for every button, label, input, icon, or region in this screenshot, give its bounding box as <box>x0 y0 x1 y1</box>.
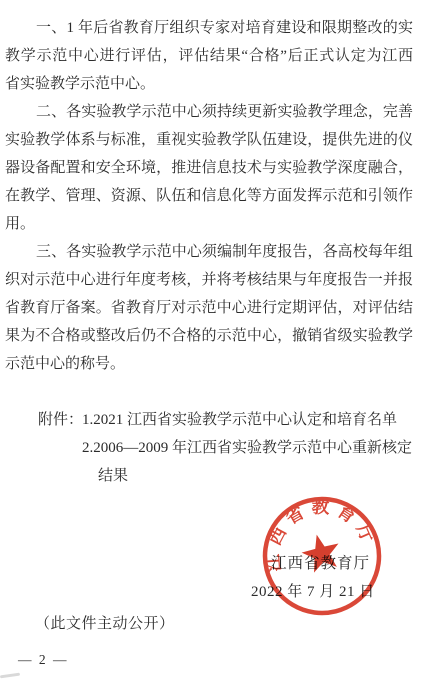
document-page: 一、1 年后省教育厅组织专家对培育建设和限期整改的实验 教学示范中心进行评估，评… <box>0 0 443 681</box>
paragraph-3: 三、各实验教学示范中心须编制年度报告，各高校每年组 织对示范中心进行年度考核，并… <box>5 238 413 378</box>
official-seal: 江西省教育厅 <box>242 476 402 636</box>
attachment-row: 2.2006—2009 年江西省实验教学示范中心重新核定 <box>38 434 428 462</box>
body-line: 用。 <box>5 210 413 238</box>
attachment-item: 2.2006—2009 年江西省实验教学示范中心重新核定 <box>82 440 412 456</box>
page-number: — 2 — <box>18 652 69 668</box>
body-line: 二、各实验教学示范中心须持续更新实验教学理念，完善 <box>5 98 413 126</box>
body-line: 省教育厅备案。省教育厅对示范中心进行定期评估，对评估结 <box>5 294 413 322</box>
body-line: 示范中心的称号。 <box>5 350 413 378</box>
attachment-label: 附件： <box>38 406 82 434</box>
body-line: 织对示范中心进行年度考核，并将考核结果与年度报告一并报 <box>5 266 413 294</box>
body-line: 教学示范中心进行评估，评估结果“合格”后正式认定为江西 <box>5 42 413 70</box>
document-body: 一、1 年后省教育厅组织专家对培育建设和限期整改的实验 教学示范中心进行评估，评… <box>5 14 413 378</box>
paragraph-2: 二、各实验教学示范中心须持续更新实验教学理念，完善 实验教学体系与标准，重视实验… <box>5 98 413 238</box>
attachment-item: 结果 <box>98 468 128 484</box>
paragraph-1: 一、1 年后省教育厅组织专家对培育建设和限期整改的实验 教学示范中心进行评估，评… <box>5 14 413 98</box>
body-line: 器设备配置和安全环境，推进信息技术与实验教学深度融合， <box>5 154 413 182</box>
attachment-item: 1.2021 江西省实验教学示范中心认定和培育名单 <box>82 412 397 428</box>
disclosure-note: （此文件主动公开） <box>35 612 175 633</box>
attachment-row: 附件：1.2021 江西省实验教学示范中心认定和培育名单 <box>38 406 428 434</box>
body-line: 在教学、管理、资源、队伍和信息化等方面发挥示范和引领作 <box>5 182 413 210</box>
star-icon <box>298 530 344 574</box>
body-line: 三、各实验教学示范中心须编制年度报告，各高校每年组 <box>5 238 413 266</box>
body-line: 一、1 年后省教育厅组织专家对培育建设和限期整改的实验 <box>5 14 413 42</box>
scan-artifact <box>0 673 20 679</box>
body-line: 果为不合格或整改后仍不合格的示范中心，撤销省级实验教学 <box>5 322 413 350</box>
body-line: 省实验教学示范中心。 <box>5 70 413 98</box>
body-line: 实验教学体系与标准，重视实验教学队伍建设，提供先进的仪 <box>5 126 413 154</box>
